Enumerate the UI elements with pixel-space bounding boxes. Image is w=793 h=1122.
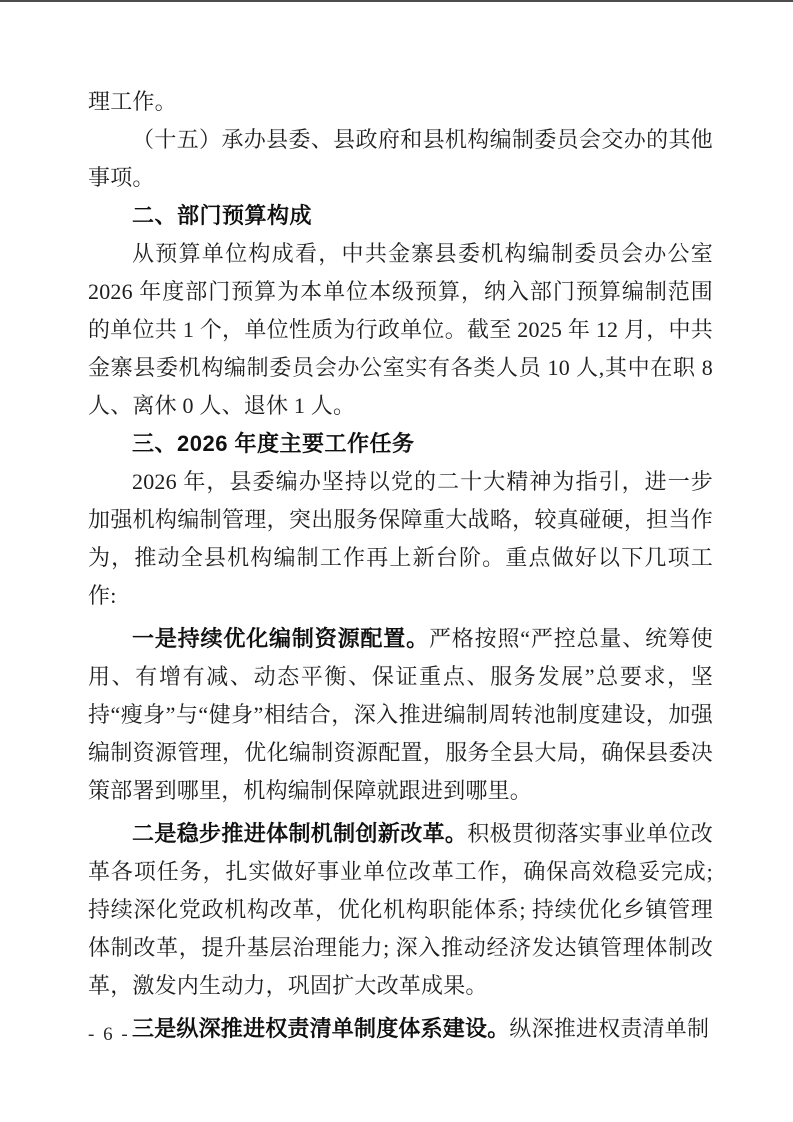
paragraph-text: 理工作。 xyxy=(88,89,177,114)
paragraph-continuation: 理工作。 xyxy=(88,83,713,121)
paragraph-task-one: 一是持续优化编制资源配置。严格按照“严控总量、统筹使用、有增有减、动态平衡、保证… xyxy=(88,620,713,810)
page-number: - 6 - xyxy=(88,1022,130,1048)
paragraph-text: （十五）承办县委、县政府和县机构编制委员会交办的其他事项。 xyxy=(88,127,713,190)
document-body: 理工作。 （十五）承办县委、县政府和县机构编制委员会交办的其他事项。 二、部门预… xyxy=(88,83,713,1053)
paragraph-text: 2026 年，县委编办坚持以党的二十大精神为指引，进一步加强机构编制管理，突出服… xyxy=(88,469,713,608)
heading-text: 三、2026 年度主要工作任务 xyxy=(132,431,415,456)
paragraph-text: 严格按照“严控总量、统筹使用、有增有减、动态平衡、保证重点、服务发展”总要求，坚… xyxy=(88,626,713,803)
paragraph-lead-bold: 三是纵深推进权责清单制度体系建设。 xyxy=(132,1016,509,1041)
section-heading-budget-composition: 二、部门预算构成 xyxy=(88,197,713,235)
heading-text: 二、部门预算构成 xyxy=(132,203,312,228)
paragraph-task-three: 三是纵深推进权责清单制度体系建设。纵深推进权责清单制 xyxy=(88,1010,713,1048)
paragraph-budget-composition: 从预算单位构成看，中共金寨县委机构编制委员会办公室 2026 年度部门预算为本单… xyxy=(88,235,713,425)
page-top-edge-line xyxy=(0,0,793,2)
paragraph-item-fifteen: （十五）承办县委、县政府和县机构编制委员会交办的其他事项。 xyxy=(88,121,713,197)
section-heading-main-tasks: 三、2026 年度主要工作任务 xyxy=(88,425,713,463)
paragraph-text: 从预算单位构成看，中共金寨县委机构编制委员会办公室 2026 年度部门预算为本单… xyxy=(88,241,713,418)
paragraph-text: 积极贯彻落实事业单位改革各项任务，扎实做好事业单位改革工作，确保高效稳妥完成; … xyxy=(88,821,713,998)
paragraph-text: 纵深推进权责清单制 xyxy=(509,1016,709,1041)
paragraph-lead-bold: 二是稳步推进体制机制创新改革。 xyxy=(132,821,467,846)
paragraph-task-two: 二是稳步推进体制机制创新改革。积极贯彻落实事业单位改革各项任务，扎实做好事业单位… xyxy=(88,815,713,1005)
paragraph-lead-bold: 一是持续优化编制资源配置。 xyxy=(132,626,429,651)
paragraph-tasks-intro: 2026 年，县委编办坚持以党的二十大精神为指引，进一步加强机构编制管理，突出服… xyxy=(88,463,713,615)
document-page: 理工作。 （十五）承办县委、县政府和县机构编制委员会交办的其他事项。 二、部门预… xyxy=(0,0,793,1122)
